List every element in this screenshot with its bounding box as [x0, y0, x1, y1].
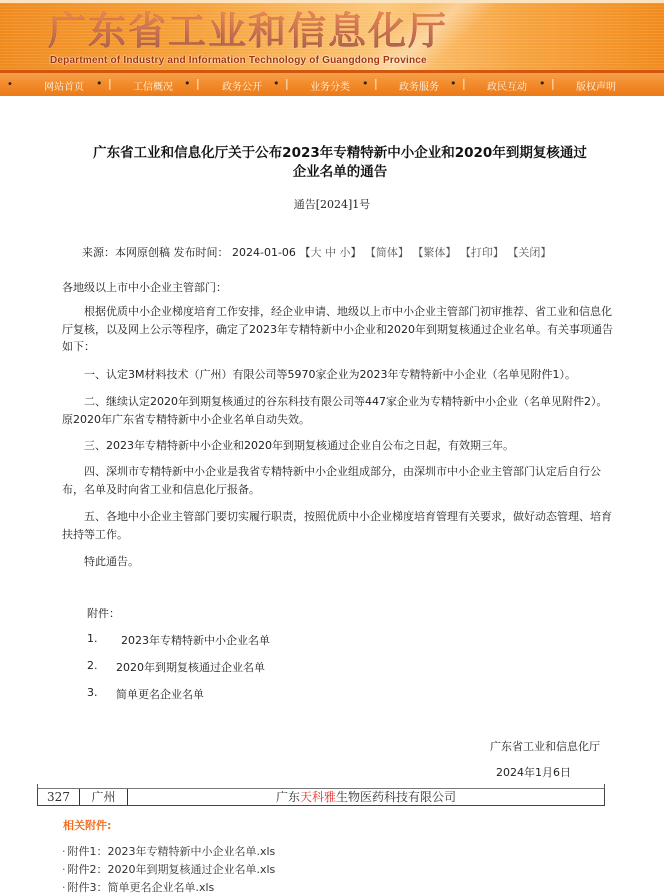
table-row: 327 广州 广东天科雅生物医药科技有限公司	[37, 788, 605, 806]
publish-label: 发布时间：	[174, 246, 229, 259]
nav-bullet-icon: •	[362, 77, 369, 90]
publish-date: 2024-01-06	[232, 246, 296, 259]
bullet-icon: ·	[62, 845, 66, 858]
nav-separator: |	[462, 77, 466, 90]
paragraph-closing: 特此通告。	[62, 553, 614, 571]
nav-separator: |	[374, 77, 378, 90]
paragraph-item-4: 四、深圳市专精特新中小企业是我省专精特新中小企业组成部分，由深圳市中小企业主管部…	[62, 463, 614, 498]
doc-number: 通告[2024]1号	[0, 196, 664, 212]
simplified-chinese-link[interactable]: 【简体】	[365, 246, 409, 259]
paragraph-item-1: 一、认定3M材料技术（广州）有限公司等5970家企业为2023年专精特新中小企业…	[62, 366, 614, 384]
company-prefix: 广东	[276, 790, 300, 804]
paragraph-item-2: 二、继续认定2020年到期复核通过的谷东科技有限公司等447家企业为专精特新中小…	[62, 393, 614, 428]
attachment-name: 2023年专精特新中小企业名单	[121, 632, 270, 648]
nav-separator: |	[196, 77, 200, 90]
related-attachment-link[interactable]: ·附件3：简单更名企业名单.xls	[62, 879, 214, 893]
nav-bullet-icon: •	[7, 79, 13, 90]
article-title-line2: 企业名单的通告	[40, 163, 640, 182]
attachments-label: 附件：	[87, 605, 120, 621]
table-cell-city: 广州	[80, 789, 128, 805]
nav-item-copyright[interactable]: 版权声明	[576, 78, 616, 93]
article-title: 广东省工业和信息化厅关于公布2023年专精特新中小企业和2020年到期复核通过 …	[40, 144, 640, 182]
attachment-number: 1.	[87, 632, 98, 645]
site-subtitle: Department of Industry and Information T…	[50, 55, 427, 66]
source-value: 本网原创稿	[115, 246, 170, 259]
site-banner: 广东省工业和信息化厅 Department of Industry and In…	[0, 0, 664, 73]
attachment-name: 简单更名企业名单	[116, 686, 204, 702]
font-size-open-bracket: 【	[299, 246, 310, 259]
related-attachment-link[interactable]: ·附件2：2020年到期复核通过企业名单.xls	[62, 861, 275, 877]
nav-item-overview[interactable]: 工信概况	[133, 78, 173, 93]
font-small-link[interactable]: 小	[339, 246, 350, 259]
nav-item-interaction[interactable]: 政民互动	[487, 78, 527, 93]
font-medium-link[interactable]: 中	[325, 246, 336, 259]
related-attachment-label: 附件2：2020年到期复核通过企业名单.xls	[68, 863, 276, 876]
paragraph-item-3: 三、2023年专精特新中小企业和2020年到期复核通过企业自公布之日起，有效期三…	[62, 437, 614, 455]
related-attachment-label: 附件1：2023年专精特新中小企业名单.xls	[68, 845, 276, 858]
article-title-line1: 广东省工业和信息化厅关于公布2023年专精特新中小企业和2020年到期复核通过	[40, 144, 640, 163]
company-suffix: 生物医药科技有限公司	[336, 790, 456, 804]
salutation: 各地级以上市中小企业主管部门：	[62, 279, 227, 295]
nav-item-services[interactable]: 政务服务	[399, 78, 439, 93]
table-cell-index: 327	[38, 789, 80, 805]
bullet-icon: ·	[62, 881, 66, 893]
signature-org: 广东省工业和信息化厅	[490, 738, 600, 754]
nav-bullet-icon: •	[96, 77, 103, 90]
nav-separator: |	[285, 77, 289, 90]
table-cell-company: 广东天科雅生物医药科技有限公司	[128, 789, 604, 805]
paragraph-item-5: 五、各地中小企业主管部门要切实履行职责，按照优质中小企业梯度培育管理有关要求，做…	[62, 508, 614, 543]
nav-item-business[interactable]: 业务分类	[310, 78, 350, 93]
print-link[interactable]: 【打印】	[460, 246, 504, 259]
nav-item-home[interactable]: 网站首页	[44, 78, 84, 93]
nav-separator: |	[108, 77, 112, 90]
attachment-number: 3.	[87, 686, 98, 699]
nav-bullet-icon: •	[273, 77, 280, 90]
bullet-icon: ·	[62, 863, 66, 876]
attachment-number: 2.	[87, 659, 98, 672]
font-size-close-bracket: 】	[350, 246, 361, 259]
attachment-name: 2020年到期复核通过企业名单	[116, 659, 265, 675]
article-meta: 来源：本网原创稿 发布时间： 2024-01-06 【大 中 小】 【简体】 【…	[82, 244, 551, 260]
nav-bullet-icon: •	[184, 77, 191, 90]
close-link[interactable]: 【关闭】	[507, 246, 551, 259]
site-title: 广东省工业和信息化厅	[48, 9, 448, 53]
paragraph-intro: 根据优质中小企业梯度培育工作安排，经企业申请、地级以上市中小企业主管部门初审推荐…	[62, 303, 614, 356]
nav-bullet-icon: •	[539, 77, 546, 90]
source-label: 来源：	[82, 246, 115, 259]
company-highlight: 天科雅	[300, 790, 336, 804]
nav-bullet-icon: •	[450, 77, 457, 90]
nav-separator: |	[551, 77, 555, 90]
related-attachment-link[interactable]: ·附件1：2023年专精特新中小企业名单.xls	[62, 843, 275, 859]
main-nav: • 网站首页 • | 工信概况 • | 政务公开 • | 业务分类 • | 政务…	[0, 73, 664, 96]
traditional-chinese-link[interactable]: 【繁体】	[412, 246, 456, 259]
nav-item-gov-affairs[interactable]: 政务公开	[222, 78, 262, 93]
font-large-link[interactable]: 大	[310, 246, 321, 259]
related-attachments-heading: 相关附件:	[63, 817, 111, 833]
signature-date: 2024年1月6日	[496, 764, 571, 780]
related-attachment-label: 附件3：简单更名企业名单.xls	[68, 881, 215, 893]
